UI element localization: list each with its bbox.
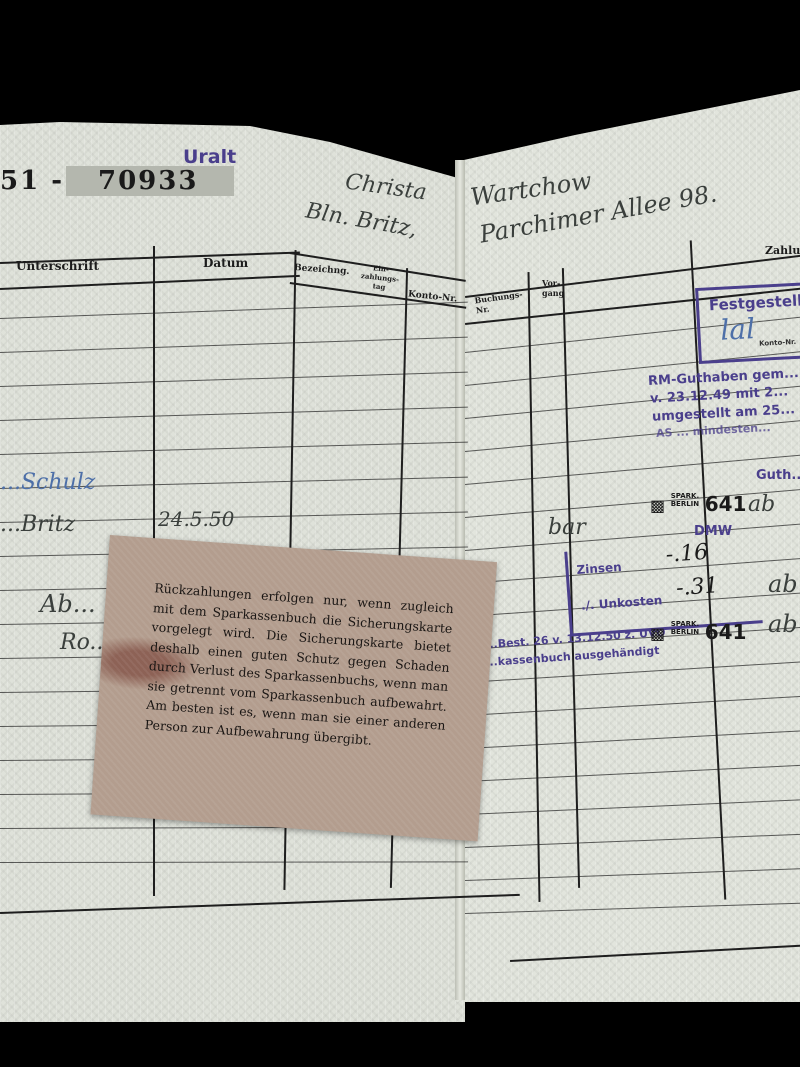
handwritten-ab: ab [768, 610, 798, 638]
col-header-datum: Datum [203, 256, 248, 270]
security-card: Rückzahlungen erfolgen nur, wenn zugleic… [90, 535, 497, 841]
entry-signature: Ab... [40, 590, 96, 618]
bear-emblem-icon: ▩ [650, 624, 665, 643]
col-header-unterschrift: Unterschrift [16, 259, 99, 273]
account-prefix: 51 - [0, 166, 64, 196]
col-header-vorgang: Vor-gang [542, 278, 567, 298]
zinsen-value: -.16 [665, 540, 709, 568]
unkosten-value: -.31 [675, 573, 719, 601]
account-number: 70933 [98, 166, 198, 196]
bank-stamp-line: BERLIN [671, 628, 699, 636]
handwritten-ab: ab [768, 570, 798, 598]
guthaben-label: Guth... [756, 468, 800, 483]
handwritten-bar: bar [548, 515, 586, 540]
entry-signature: ...Britz [0, 512, 75, 537]
bank-stamp-number: 641 [705, 492, 747, 516]
col-header-einzahlungstag: Ein-zahlungs-tag [359, 262, 402, 293]
bank-stamp-line: SPARK. [671, 620, 699, 628]
bank-stamp-number: 641 [705, 620, 747, 644]
bank-stamp-line: BERLIN [671, 500, 699, 508]
security-card-text: Rückzahlungen erfolgen nur, wenn zugleic… [144, 578, 454, 755]
entry-date: 24.5.50 [158, 507, 234, 531]
unkosten-label: ./. Unkosten [581, 593, 663, 613]
stamp-konto-nr: Konto-Nr. [759, 338, 797, 348]
zinsen-label: Zinsen [576, 560, 622, 577]
stamp-initials: lal [719, 312, 755, 347]
bank-stamp-line: SPARK. [671, 492, 699, 500]
stamp-festgestellt-box: Festgestellt lal Konto-Nr. [695, 282, 800, 364]
entry-signature: ...Schulz [0, 470, 95, 495]
col-header-zahlung: Zahlu... [765, 244, 800, 257]
bear-emblem-icon: ▩ [650, 496, 665, 515]
bank-stamp: ▩ SPARK. BERLIN 641 [650, 620, 746, 644]
bank-stamp: ▩ SPARK. BERLIN 641 [650, 492, 746, 516]
stamp-festgestellt-label: Festgestellt [709, 291, 800, 314]
stamp-uralt: Uralt [183, 146, 236, 168]
handwritten-ab: ab [748, 492, 775, 517]
dmw-label: DMW [694, 524, 732, 539]
